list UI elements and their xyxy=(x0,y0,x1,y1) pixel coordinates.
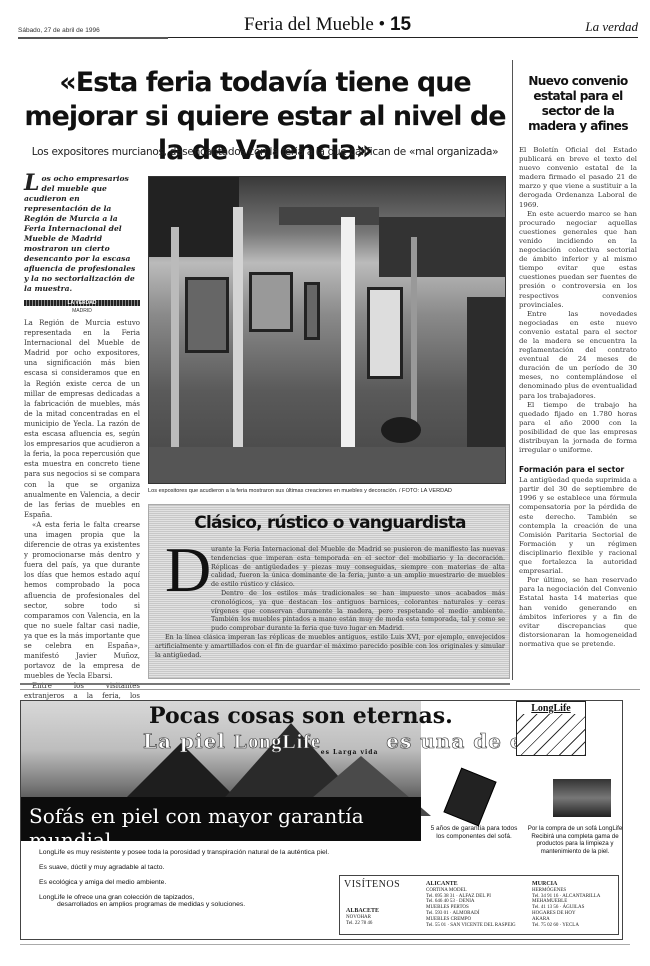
right-column-subtitle: Formación para el sector xyxy=(519,465,640,474)
sidebar-box: Clásico, rústico o vanguardista D urante… xyxy=(148,504,510,679)
right-column-title: Nuevo convenio estatal para el sector de… xyxy=(519,74,637,134)
store-alicante: ALICANTE CORTINA MODEL Tel. 695 38 31 · … xyxy=(426,882,516,928)
photo-mirror xyxy=(249,272,293,332)
ad-brand: LongLife xyxy=(234,731,321,753)
article-photo xyxy=(148,176,506,484)
photo-dark-beam xyxy=(149,177,239,257)
ad-feature-warranty: 5 años de garantía para todos los compon… xyxy=(429,825,519,841)
right-paragraph: El tiempo de trabajo ha quedado fijado e… xyxy=(519,401,637,456)
byline-place: MADRID xyxy=(24,308,140,314)
ad-banner: Sofás en piel con mayor garantía mundial… xyxy=(21,797,421,841)
store-albacete: ALBACETE NOVOHAR Tel. 22 78 46 xyxy=(346,909,379,926)
store-city: ALBACETE xyxy=(346,909,379,915)
byline-source: LA VERDAD xyxy=(24,300,140,306)
photo-urn xyxy=(381,417,421,443)
photo-mirror xyxy=(185,277,229,353)
issue-date: Sábado, 27 de abril de 1996 xyxy=(18,27,100,34)
photo-cabinet xyxy=(467,297,506,467)
lead-dropcap: L xyxy=(24,174,39,192)
right-paragraph: Entre las novedades negociadas en este n… xyxy=(519,310,637,401)
ad-benefit: Es suave, dúctil y muy agradable al tact… xyxy=(39,864,429,871)
logo-text: LongLife xyxy=(517,702,585,714)
sidebar-box-title: Clásico, rústico o vanguardista xyxy=(149,513,511,533)
date-underline xyxy=(18,37,168,39)
divider xyxy=(20,944,630,945)
right-column-body: El Boletín Oficial del Estado publicará … xyxy=(519,146,637,455)
sidebar-box-text: urante la Feria Internacional del Mueble… xyxy=(155,545,505,659)
body-paragraph: «A esta feria le falta crearse una image… xyxy=(24,520,140,682)
store-line: Tel. 75 02 60 · YECLA xyxy=(532,923,600,929)
right-paragraph: En este acuerdo marco se han procurado n… xyxy=(519,210,637,310)
body-paragraph: La Región de Murcia estuvo representada … xyxy=(24,318,140,520)
longlife-logo: LongLife xyxy=(516,701,586,756)
photo-floor xyxy=(149,447,506,484)
bullet: • xyxy=(379,14,386,35)
divider xyxy=(20,683,510,685)
article-lead: L os ocho empresarios del mueble que acu… xyxy=(24,174,138,294)
store-locator: VISÍTENOS ALBACETE NOVOHAR Tel. 22 78 46… xyxy=(339,875,619,935)
care-kit-image xyxy=(553,779,611,817)
visit-title: VISÍTENOS xyxy=(344,879,400,890)
warranty-card-image xyxy=(443,768,496,827)
ad-brand-tagline: es Larga vida xyxy=(321,749,379,756)
photo-caption: Los expositores que acudieron a la feria… xyxy=(148,488,508,494)
box-paragraph: urante la Feria Internacional del Mueble… xyxy=(155,545,505,589)
photo-post xyxy=(411,237,417,437)
right-paragraph: La antigüedad queda suprimida a partir d… xyxy=(519,476,637,576)
lead-text: os ocho empresarios del mueble que acudi… xyxy=(24,174,135,293)
box-paragraph: Dentro de los estilos más tradicionales … xyxy=(155,589,505,633)
photo-canopy xyxy=(279,207,379,225)
box-paragraph: En la línea clásica imperan las réplicas… xyxy=(155,633,505,659)
ad-benefit: LongLife es muy resistente y posee toda … xyxy=(39,849,429,856)
page-header: Sábado, 27 de abril de 1996 Feria del Mu… xyxy=(18,14,638,38)
page-number: 15 xyxy=(390,14,411,35)
photo-canopy-right xyxy=(379,217,506,277)
section-title: Feria del Mueble • 15 xyxy=(244,14,411,36)
photo-post xyxy=(171,227,179,484)
photo-post xyxy=(341,217,355,484)
ad-line2-prefix: La piel xyxy=(143,729,234,753)
section-name: Feria del Mueble xyxy=(244,14,374,35)
article-subheadline: Los expositores murcianos, desencantados… xyxy=(20,146,510,158)
ad-subheadline: La piel LongLifees Larga vida es una de … xyxy=(143,729,575,756)
store-line: Tel. 55 01 · SAN VICENTE DEL RASPEIG xyxy=(426,923,516,929)
advertisement: Pocas cosas son eternas. La piel LongLif… xyxy=(20,700,623,940)
photo-post xyxy=(233,207,243,484)
photo-mirror xyxy=(304,282,320,340)
ad-feature-care-kit: Por la compra de un sofá LongLife Recibi… xyxy=(526,825,623,855)
divider xyxy=(20,689,640,690)
ad-banner-text: Sofás en piel con mayor garantía mundial… xyxy=(29,804,421,852)
right-paragraph: Por último, se han reservado para la neg… xyxy=(519,576,637,649)
photo-mirror xyxy=(367,287,403,379)
byline-bar: LA VERDAD xyxy=(24,300,140,306)
right-paragraph: El Boletín Oficial del Estado publicará … xyxy=(519,146,637,210)
right-column-article: Nuevo convenio estatal para el sector de… xyxy=(512,60,640,680)
newspaper-name: La verdad xyxy=(585,19,638,35)
store-line: Tel. 22 78 46 xyxy=(346,921,379,927)
ad-headline: Pocas cosas son eternas. xyxy=(149,703,453,729)
store-murcia: MURCIA HERMÓGENES Tel. 34 91 16 · ALCANT… xyxy=(532,882,600,928)
right-column-body-2: La antigüedad queda suprimida a partir d… xyxy=(519,476,637,649)
